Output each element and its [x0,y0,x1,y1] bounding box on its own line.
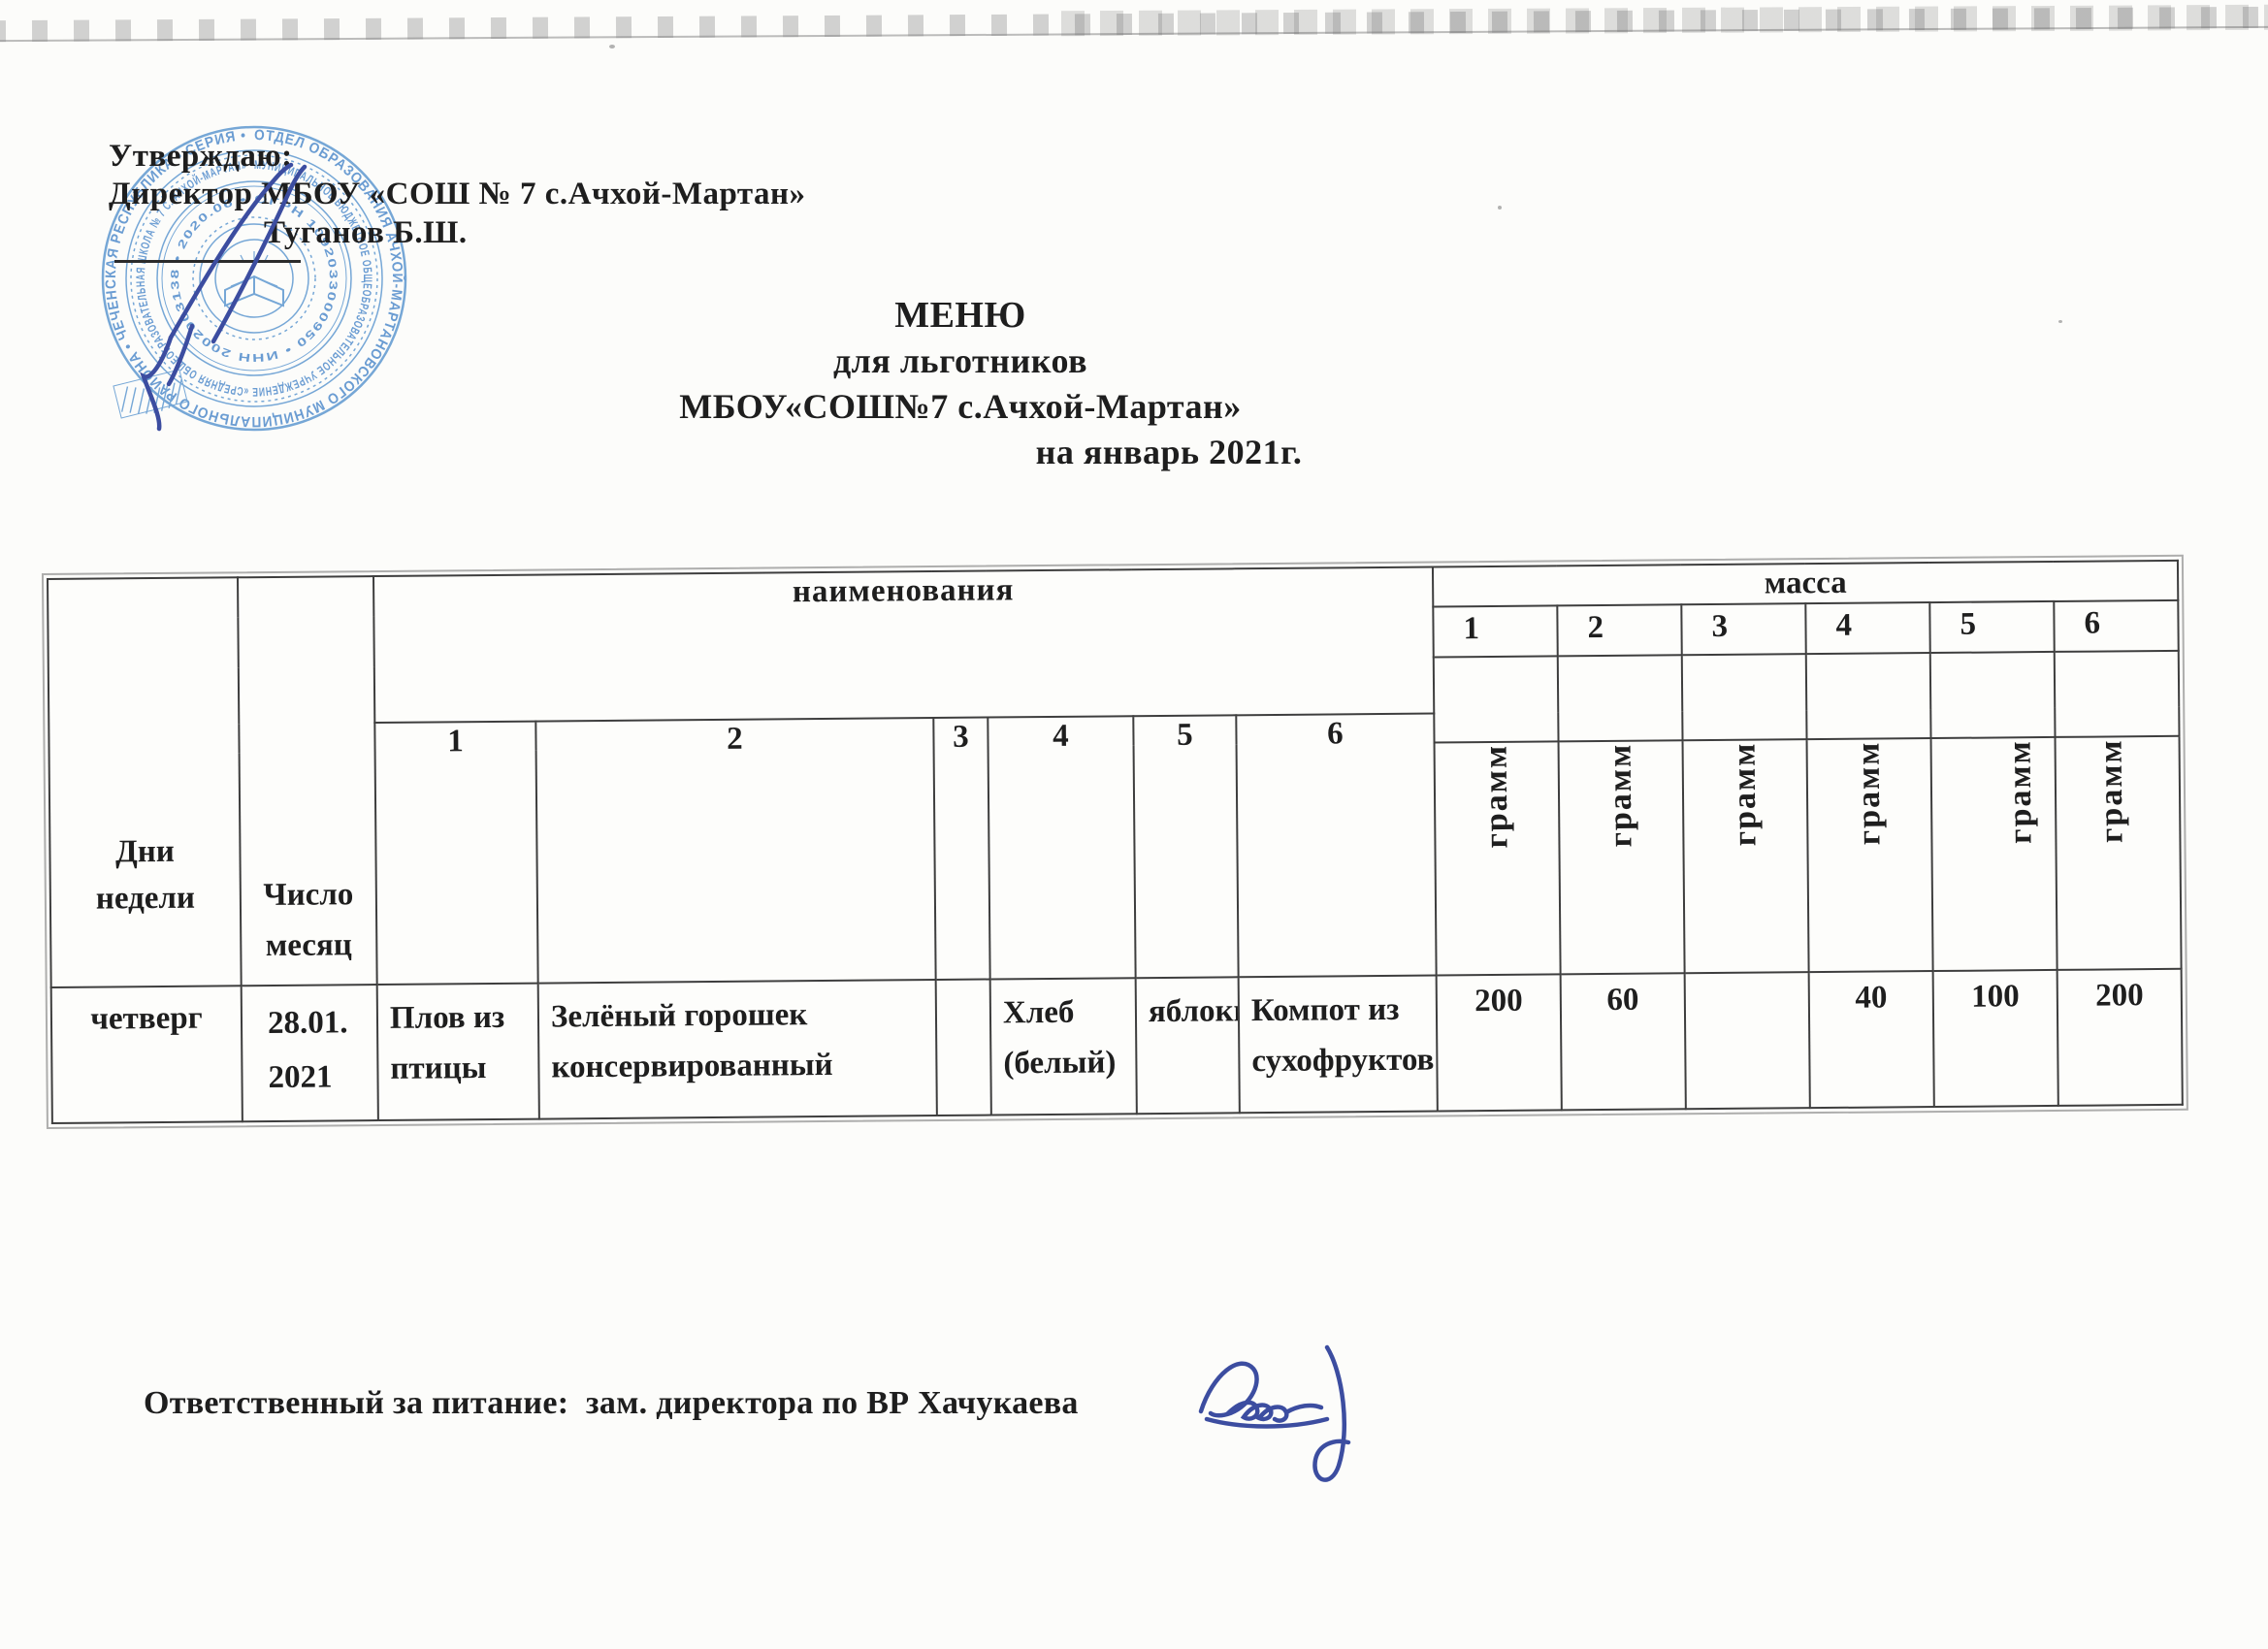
mass-value-cell-5: 100 [1933,970,2058,1107]
menu-subtitle-beneficiaries: для льготников [524,339,1397,384]
mass-spacer-cell [1930,652,2056,738]
header-date-line1: Число [243,869,374,921]
mass-col-number-1: 1 [1433,605,1557,657]
row-date: 28.01. 2021 [242,985,378,1121]
footer-responsible-line: Ответственный за питание: зам. директора… [144,1385,1079,1422]
gram-unit-label-3: грамм [1683,739,1809,973]
mass-spacer-cell [2055,651,2180,737]
mass-value-cell-6: 200 [2057,969,2183,1106]
name-col-number-4: 4 [988,716,1135,979]
menu-item-cell-3 [936,980,991,1115]
mass-value-cell-2: 60 [1561,973,1686,1110]
name-col-number-6: 6 [1236,714,1436,978]
mass-col-number-6: 6 [2054,600,2179,652]
mass-col-number-4: 4 [1805,602,1929,654]
name-col-number-3: 3 [933,718,989,980]
mass-spacer-cell [1806,653,1931,739]
menu-table-row: четверг 28.01. 2021 Плов из птицы Зелёны… [51,969,2183,1123]
name-col-number-1: 1 [374,722,537,985]
name-col-number-2: 2 [535,718,935,984]
row-date-line2: 2021 [268,1050,375,1105]
mass-value-cell-1: 200 [1437,974,1562,1111]
menu-item-cell-5: яблоки [1136,977,1240,1114]
gram-unit-label-6: грамм [2056,736,2182,970]
header-names: наименования [373,567,1434,724]
mass-spacer-cell [1558,655,1683,741]
mass-value-cell-3 [1685,972,1810,1109]
responsible-signature-ink [1164,1314,1436,1518]
mass-col-number-5: 5 [1929,601,2054,653]
scan-speck [609,45,615,48]
mass-spacer-cell [1434,656,1559,742]
mass-spacer-cell [1682,654,1807,740]
gram-unit-label-4: грамм [1807,738,1933,972]
row-day: четверг [51,986,243,1123]
menu-title-block: МЕНЮ для льготников МБОУ«СОШ№7 с.Ачхой-М… [524,293,1397,475]
gram-unit-label-1: грамм [1435,741,1561,975]
header-date-line2: месяц [243,920,374,971]
header-days: Дни недели [48,577,242,987]
mass-col-number-2: 2 [1557,604,1681,656]
mass-value-cell-4: 40 [1809,971,1934,1108]
gram-unit-label-5: грамм [1931,737,2057,971]
menu-item-cell-6: Компот из сухофруктов [1239,976,1438,1114]
name-col-number-5: 5 [1133,715,1238,978]
menu-table-wrapper: Дни недели Число месяц наименования масс… [47,560,2184,1124]
menu-item-cell-4: Хлеб (белый) [990,978,1137,1115]
menu-subtitle-school: МБОУ«СОШ№7 с.Ачхой-Мартан» [524,384,1397,430]
menu-item-cell-2: Зелёный горошек консервированный [538,980,937,1119]
menu-subtitle-month: на январь 2021г. [941,430,1397,475]
gram-unit-label-2: грамм [1559,740,1685,974]
scan-artifact-band-right [1061,5,2268,37]
row-date-line1: 28.01. [268,995,375,1051]
header-date: Число месяц [238,576,377,986]
mass-col-number-3: 3 [1681,603,1805,655]
menu-item-cell-1: Плов из птицы [377,984,539,1120]
header-days-line2: недели [52,874,239,922]
menu-title: МЕНЮ [524,293,1397,339]
menu-table: Дни недели Число месяц наименования масс… [47,560,2184,1124]
header-mass: масса [1433,561,2178,607]
scan-speck [2058,320,2062,323]
scan-speck [1498,206,1502,210]
header-days-line1: Дни [51,827,238,876]
